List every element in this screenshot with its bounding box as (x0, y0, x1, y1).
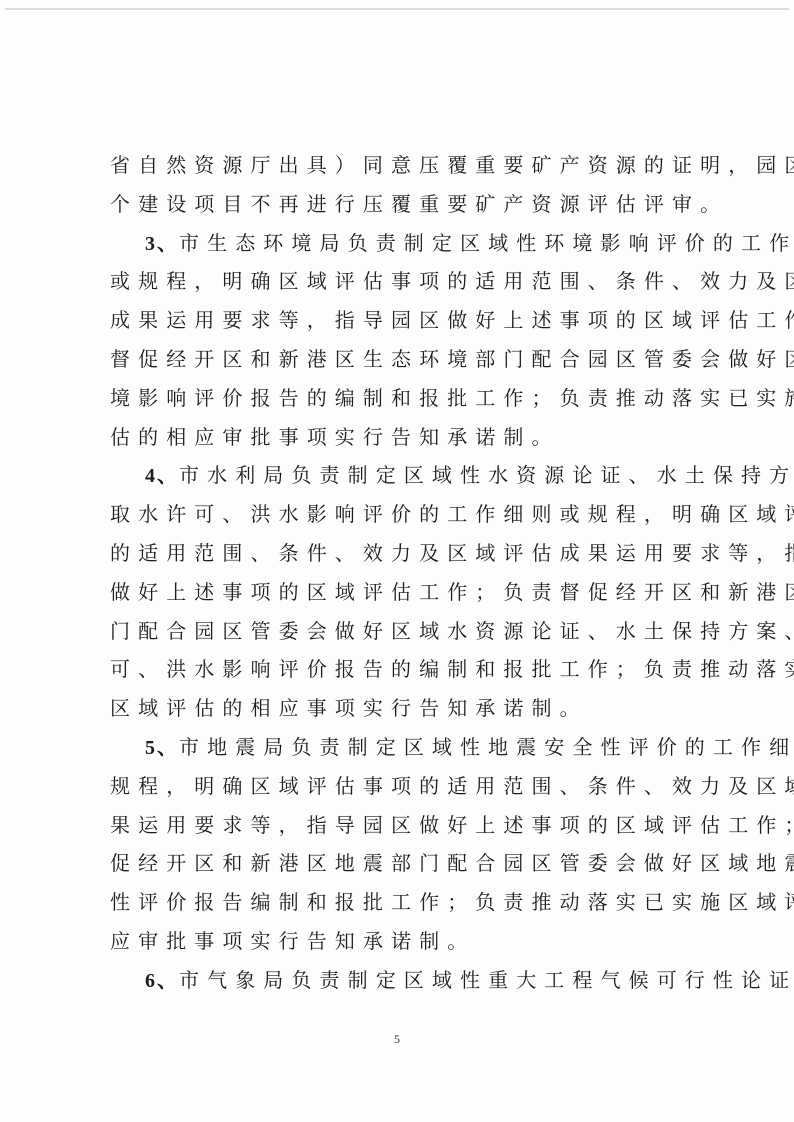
text-line: 省自然资源厅出具）同意压覆重要矿产资源的证明，园区内的单 (110, 146, 674, 185)
page-number: 5 (0, 1032, 794, 1047)
text-line: 个建设项目不再进行压覆重要矿产资源评估评审。 (110, 185, 674, 224)
item-number: 3、 (145, 233, 179, 255)
text-line: 4、市水利局负责制定区域性水资源论证、水土保持方案、 (110, 456, 674, 495)
text-span: 市气象局负责制定区域性重大工程气候可行性论证的工 (179, 968, 794, 992)
paragraph-item-6: 6、市气象局负责制定区域性重大工程气候可行性论证的工 (110, 961, 674, 1000)
item-number: 6、 (145, 970, 179, 992)
text-line: 督促经开区和新港区生态环境部门配合园区管委会做好区域环 (110, 340, 674, 379)
text-line: 性评价报告编制和报批工作；负责推动落实已实施区域评估的相 (110, 883, 674, 922)
text-line: 成果运用要求等，指导园区做好上述事项的区域评估工作；负责 (110, 301, 674, 340)
text-line: 6、市气象局负责制定区域性重大工程气候可行性论证的工 (110, 961, 674, 1000)
text-line: 做好上述事项的区域评估工作；负责督促经开区和新港区水利部 (110, 573, 674, 612)
text-line: 区域评估的相应事项实行告知承诺制。 (110, 689, 674, 728)
text-span: 市生态环境局负责制定区域性环境影响评价的工作细则 (179, 231, 794, 255)
item-number: 4、 (145, 465, 179, 487)
text-span: 市地震局负责制定区域性地震安全性评价的工作细则或 (179, 735, 794, 759)
paragraph-item-5: 5、市地震局负责制定区域性地震安全性评价的工作细则或 规程，明确区域评估事项的适… (110, 728, 674, 961)
text-line: 门配合园区管委会做好区域水资源论证、水土保持方案、取水许 (110, 612, 674, 651)
paragraph-item-3: 3、市生态环境局负责制定区域性环境影响评价的工作细则 或规程，明确区域评估事项的… (110, 224, 674, 457)
text-line: 估的相应审批事项实行告知承诺制。 (110, 418, 674, 457)
text-line: 果运用要求等，指导园区做好上述事项的区域评估工作；负责督 (110, 806, 674, 845)
text-line: 应审批事项实行告知承诺制。 (110, 922, 674, 961)
text-line: 促经开区和新港区地震部门配合园区管委会做好区域地震安全 (110, 844, 674, 883)
text-line: 取水许可、洪水影响评价的工作细则或规程，明确区域评估事项 (110, 495, 674, 534)
text-span: 市水利局负责制定区域性水资源论证、水土保持方案、 (179, 463, 794, 487)
text-line: 3、市生态环境局负责制定区域性环境影响评价的工作细则 (110, 224, 674, 263)
text-line: 的适用范围、条件、效力及区域评估成果运用要求等，指导园区 (110, 534, 674, 573)
text-line: 可、洪水影响评价报告的编制和报批工作；负责推动落实已实施 (110, 650, 674, 689)
scan-top-edge-rule (5, 8, 789, 10)
text-line: 或规程，明确区域评估事项的适用范围、条件、效力及区域评估 (110, 262, 674, 301)
document-body: 省自然资源厅出具）同意压覆重要矿产资源的证明，园区内的单 个建设项目不再进行压覆… (110, 146, 674, 1000)
paragraph-continuation: 省自然资源厅出具）同意压覆重要矿产资源的证明，园区内的单 个建设项目不再进行压覆… (110, 146, 674, 224)
text-line: 境影响评价报告的编制和报批工作；负责推动落实已实施区域评 (110, 379, 674, 418)
item-number: 5、 (145, 737, 179, 759)
text-line: 5、市地震局负责制定区域性地震安全性评价的工作细则或 (110, 728, 674, 767)
paragraph-item-4: 4、市水利局负责制定区域性水资源论证、水土保持方案、 取水许可、洪水影响评价的工… (110, 456, 674, 728)
text-line: 规程，明确区域评估事项的适用范围、条件、效力及区域评估成 (110, 767, 674, 806)
